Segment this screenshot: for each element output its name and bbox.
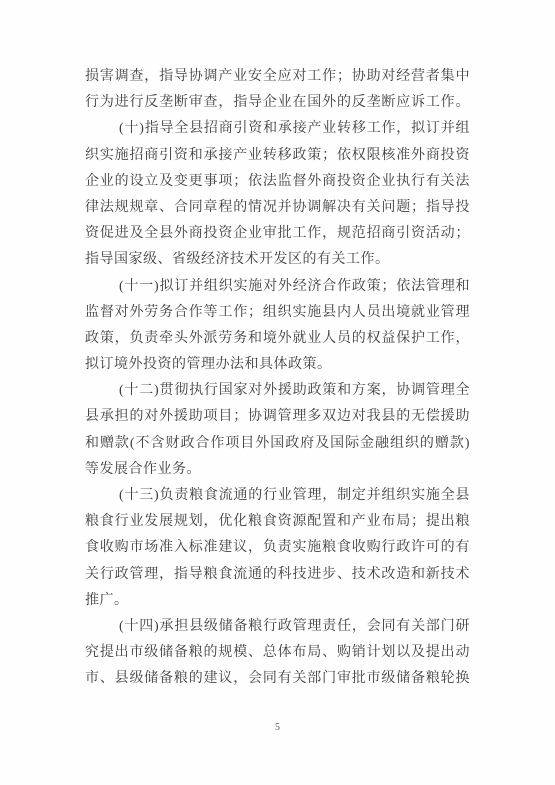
- text-line: (十四)承担县级储备粮行政管理责任，会同有关部门研: [85, 614, 470, 640]
- text-line: 资促进及全县外商投资企业审批工作，规范招商引资活动；: [85, 221, 470, 247]
- text-line: 损害调查，指导协调产业安全应对工作；协助对经营者集中: [85, 64, 470, 90]
- text-line: 拟订境外投资的管理办法和具体政策。: [85, 352, 470, 378]
- text-line: 市、县级储备粮的建议，会同有关部门审批市级储备粮轮换: [85, 666, 470, 692]
- text-line: (十二)贯彻执行国家对外援助政策和方案，协调管理全: [85, 378, 470, 404]
- text-line: 等发展合作业务。: [85, 457, 470, 483]
- paragraph-item-14: (十四)承担县级储备粮行政管理责任，会同有关部门研 究提出市级储备粮的规模、总体…: [85, 614, 470, 693]
- text-line: 监督对外劳务合作等工作；组织实施县内人员出境就业管理: [85, 300, 470, 326]
- text-line: 推广。: [85, 588, 470, 614]
- text-line: 究提出市级储备粮的规模、总体布局、购销计划以及提出动: [85, 640, 470, 666]
- text-line: 织实施招商引资和承接产业转移政策；依权限核准外商投资: [85, 143, 470, 169]
- text-line: 食收购市场准入标准建议，负责实施粮食收购行政许可的有: [85, 535, 470, 561]
- page-number: 5: [0, 722, 555, 733]
- paragraph-continuation: 损害调查，指导协调产业安全应对工作；协助对经营者集中 行为进行反垄断审查，指导企…: [85, 64, 470, 116]
- paragraph-item-13: (十三)负责粮食流通的行业管理，制定并组织实施全县 粮食行业发展规划，优化粮食资…: [85, 483, 470, 614]
- text-line: 和赠款(不含财政合作项目外国政府及国际金融组织的赠款): [85, 431, 470, 457]
- document-body: 损害调查，指导协调产业安全应对工作；协助对经营者集中 行为进行反垄断审查，指导企…: [85, 64, 470, 693]
- text-line: 政策，负责牵头外派劳务和境外就业人员的权益保护工作，: [85, 326, 470, 352]
- text-line: 县承担的对外援助项目；协调管理多双边对我县的无偿援助: [85, 404, 470, 430]
- paragraph-item-12: (十二)贯彻执行国家对外援助政策和方案，协调管理全 县承担的对外援助项目；协调管…: [85, 378, 470, 483]
- text-line: (十一)拟订并组织实施对外经济合作政策；依法管理和: [85, 274, 470, 300]
- text-line: 律法规规章、合同章程的情况并协调解决有关问题；指导投: [85, 195, 470, 221]
- paragraph-item-10: (十)指导全县招商引资和承接产业转移工作，拟订并组 织实施招商引资和承接产业转移…: [85, 116, 470, 273]
- text-line: (十三)负责粮食流通的行业管理，制定并组织实施全县: [85, 483, 470, 509]
- text-line: 企业的设立及变更事项；依法监督外商投资企业执行有关法: [85, 169, 470, 195]
- text-line: 指导国家级、省级经济技术开发区的有关工作。: [85, 247, 470, 273]
- text-line: 粮食行业发展规划，优化粮食资源配置和产业布局；提出粮: [85, 509, 470, 535]
- text-line: 行为进行反垄断审查，指导企业在国外的反垄断应诉工作。: [85, 90, 470, 116]
- document-page: 损害调查，指导协调产业安全应对工作；协助对经营者集中 行为进行反垄断审查，指导企…: [0, 0, 555, 785]
- text-line: 关行政管理，指导粮食流通的科技进步、技术改造和新技术: [85, 562, 470, 588]
- text-line: (十)指导全县招商引资和承接产业转移工作，拟订并组: [85, 116, 470, 142]
- paragraph-item-11: (十一)拟订并组织实施对外经济合作政策；依法管理和 监督对外劳务合作等工作；组织…: [85, 274, 470, 379]
